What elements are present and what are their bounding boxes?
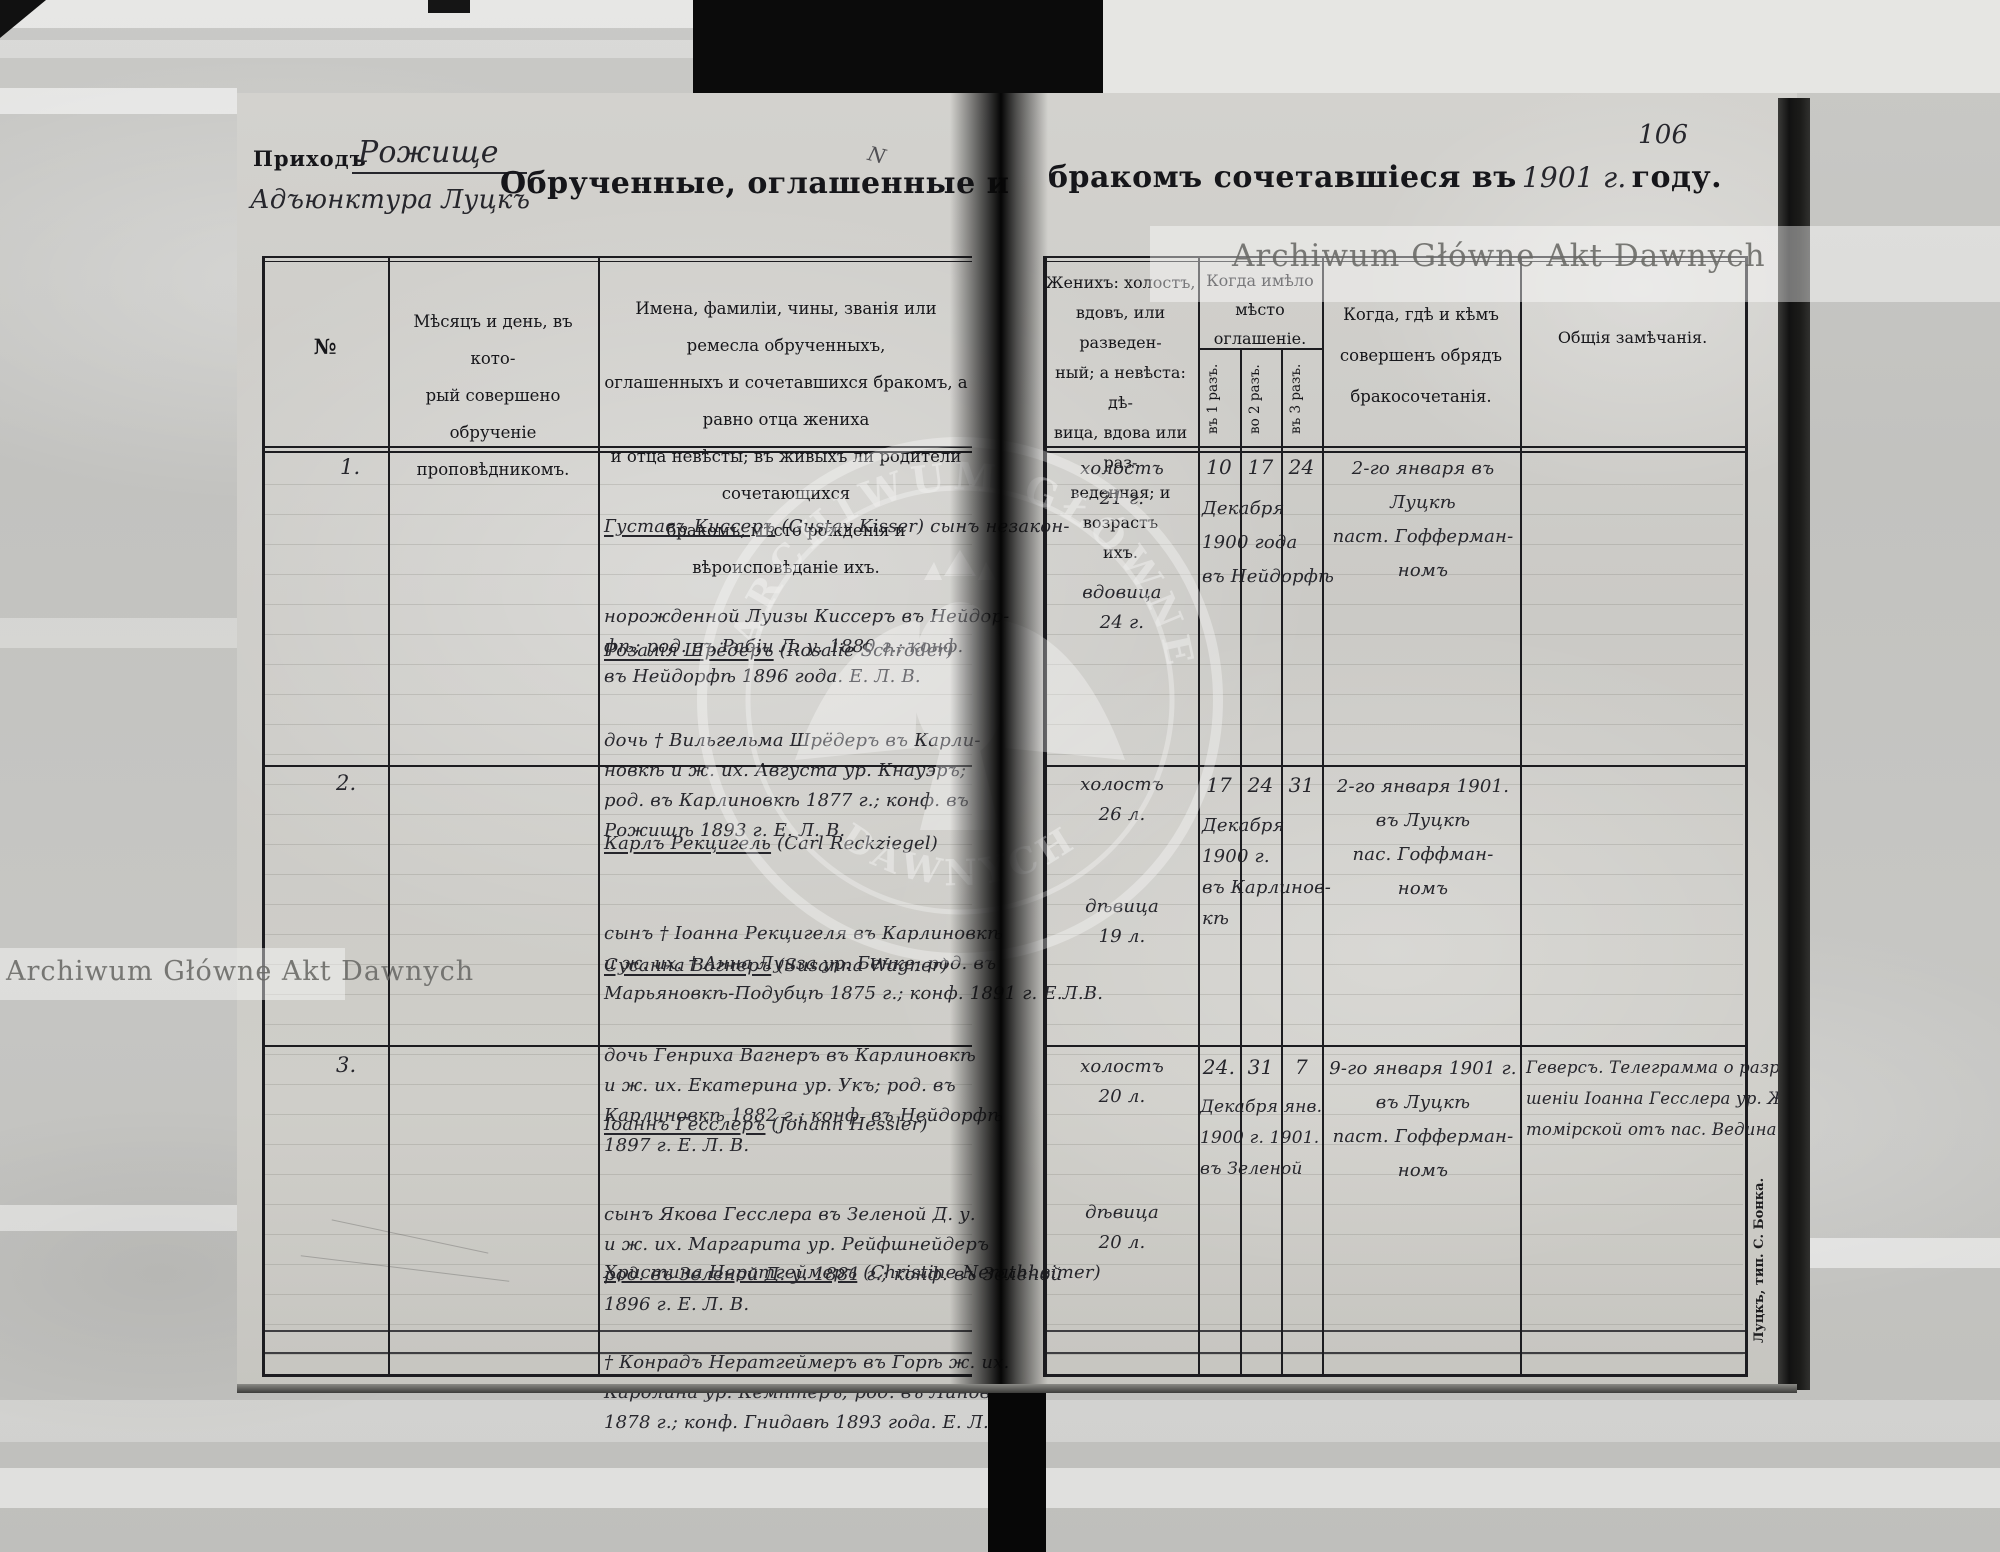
grid-line	[1043, 1374, 1745, 1377]
adjuncture-handwritten: Адъюнктура Луцкъ	[250, 184, 530, 216]
corner-artifact	[0, 0, 46, 38]
grid-line	[262, 1374, 972, 1377]
row-number: 1.	[340, 452, 360, 482]
row2-banns-date-2: 24	[1240, 770, 1281, 800]
parish-label: Приходъ	[253, 146, 367, 171]
grid-line	[262, 1045, 972, 1047]
title-right-text: бракомъ сочетавшіеся въ	[1048, 160, 1517, 195]
title-right-suffix: году.	[1632, 160, 1723, 195]
printer-imprint: Луцкъ, тип. С. Бонка.	[1752, 1140, 1767, 1380]
scan-streak	[0, 88, 237, 114]
book-gutter-shadow	[950, 93, 1048, 1392]
grid-line	[598, 256, 600, 1374]
grid-line	[262, 261, 972, 262]
row2-banns-date-3: 31	[1281, 770, 1322, 800]
row3-banns-date-2: 31	[1240, 1052, 1281, 1082]
column-header-marriage: Когда, гдѣ и кѣмъ совершенъ обрядъ брако…	[1324, 294, 1518, 417]
paper-bottom-shadow	[237, 1384, 1797, 1393]
grid-line	[1322, 256, 1324, 1374]
edge-artifact	[428, 0, 470, 13]
scan-streak	[1098, 0, 2000, 93]
row3-banns-note: Декабря янв. 1900 г. 1901. въ Зеленой	[1200, 1092, 1322, 1185]
column-header-no: №	[262, 334, 388, 359]
page-number: 106	[1638, 120, 1688, 150]
row3-banns-date-3: 7	[1281, 1052, 1322, 1082]
row-number: 3.	[336, 1050, 356, 1080]
row3-bride-status: дѣвица 20 л.	[1048, 1198, 1196, 1258]
banns-subheader-second: во 2 разъ.	[1248, 352, 1263, 446]
watermark-text-top: Archiwum Główne Akt Dawnych	[1232, 238, 1766, 274]
grid-line	[1281, 350, 1283, 1374]
row1-banns-date-2: 17	[1240, 452, 1281, 482]
scanner-black-bar	[693, 0, 1103, 93]
register-title-right: бракомъ сочетавшіеся въ 1901 г. году.	[1048, 160, 1722, 195]
grid-line	[1745, 256, 1748, 1377]
row1-marriage-entry: 2-го января въ Луцкѣ паст. Гофферман- но…	[1328, 452, 1518, 588]
grid-line	[262, 1352, 972, 1354]
scan-streak	[1797, 1238, 2000, 1268]
watermark-text-bottom: Archiwum Główne Akt Dawnych	[6, 956, 474, 987]
grid-line	[262, 256, 972, 258]
grid-line	[1520, 256, 1522, 1374]
row2-marriage-entry: 2-го января 1901. въ Луцкѣ пас. Гоффман-…	[1328, 770, 1518, 906]
column-header-month-day: Мѣсяцъ и день, въ кото- рый совершено об…	[390, 303, 596, 488]
grid-line	[388, 256, 390, 1374]
banns-subheader-third: въ 3 разъ.	[1289, 352, 1304, 446]
grid-line	[262, 1330, 972, 1332]
grid-line	[1043, 1330, 1745, 1332]
row3-marriage-entry: 9-го января 1901 г. въ Луцкѣ паст. Гоффе…	[1328, 1052, 1518, 1188]
grid-line	[1043, 1352, 1745, 1354]
grid-line	[262, 256, 265, 1377]
title-year-handwritten: 1901 г.	[1522, 161, 1627, 194]
grid-line	[1198, 348, 1322, 350]
scan-streak	[0, 1205, 237, 1231]
row3-groom-name: Іоаннъ Гесслеръ	[604, 1114, 765, 1135]
row-number: 2.	[336, 768, 356, 798]
row3-groom-status: холостъ 20 л.	[1048, 1052, 1196, 1112]
scan-streak	[0, 618, 237, 648]
grid-line	[1043, 1045, 1745, 1047]
row1-banns-date-3: 24	[1281, 452, 1322, 482]
book-gutter-lower	[988, 1392, 1046, 1552]
row3-banns-date-1: 24.	[1198, 1052, 1240, 1082]
row3-remarks-entry: Геверсъ. Телеграмма о разрѣ- шеніи Іоанн…	[1526, 1052, 1803, 1145]
register-title-left: Обрученные, оглашенные и	[500, 166, 972, 201]
grid-line	[1240, 350, 1242, 1374]
column-header-remarks: Общія замѣчанія.	[1522, 328, 1743, 347]
row3-groom-name-latin: (Johann Hessler)	[765, 1114, 927, 1135]
row3-bride-name: Христина Нератгеймеръ	[604, 1262, 857, 1283]
scanned-register-page: Приходъ Рожище Адъюнктура Луцкъ N Обруче…	[0, 0, 2000, 1552]
